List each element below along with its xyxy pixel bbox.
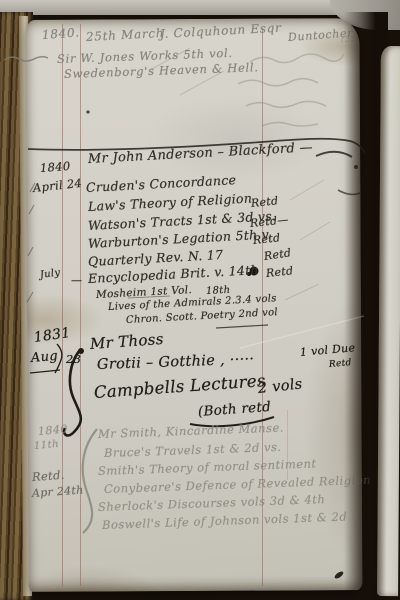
margin-dash: — [71, 274, 82, 287]
margin-month: Aug [30, 349, 58, 366]
column-rule-left [62, 24, 63, 586]
margin-returned: Retd. [32, 468, 66, 484]
column-rule-left-2 [80, 24, 81, 586]
header-year: 1840. [42, 25, 81, 42]
margin-day: 23 [66, 352, 81, 366]
margin-year: 1840 [37, 422, 68, 438]
margin-year: 1840 [40, 159, 71, 175]
ledger-photo: 1840. 25th March J. Colquhoun Esqr Dunto… [0, 0, 400, 600]
facing-page-sliver [377, 46, 400, 596]
margin-date: 11th [34, 439, 60, 452]
